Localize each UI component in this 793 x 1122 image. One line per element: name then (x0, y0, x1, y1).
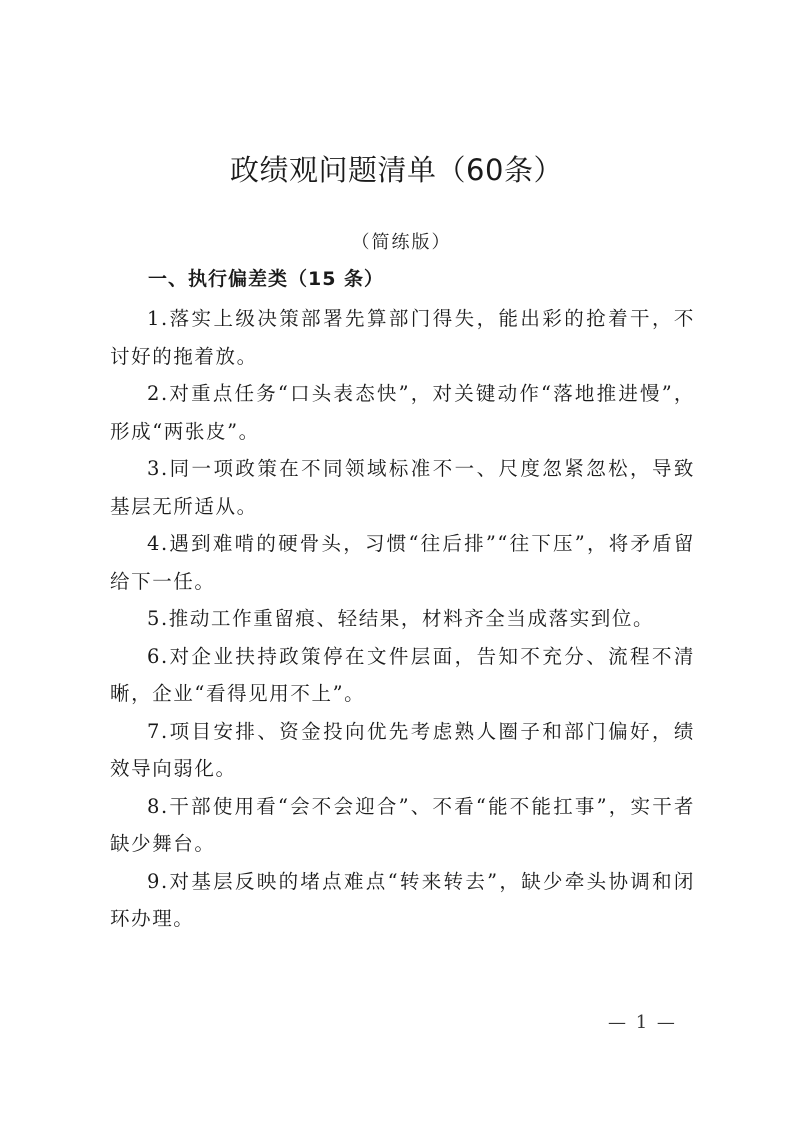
list-item: 3.同一项政策在不同领域标准不一、尺度忽紧忽松，导致基层无所适从。 (110, 450, 695, 525)
list-item: 9.对基层反映的堵点难点“转来转去”，缺少牵头协调和闭环办理。 (110, 863, 695, 938)
list-item: 7.项目安排、资金投向优先考虑熟人圈子和部门偏好，绩效导向弱化。 (110, 713, 695, 788)
section-item-list: 1.落实上级决策部署先算部门得失，能出彩的抢着干，不讨好的拖着放。 2.对重点任… (110, 300, 695, 938)
section-heading: 一、执行偏差类（15 条） (148, 264, 384, 291)
list-item: 5.推动工作重留痕、轻结果，材料齐全当成落实到位。 (110, 600, 695, 638)
document-subtitle: （简练版） (0, 228, 793, 254)
list-item: 1.落实上级决策部署先算部门得失，能出彩的抢着干，不讨好的拖着放。 (110, 300, 695, 375)
list-item: 8.干部使用看“会不会迎合”、不看“能不能扛事”，实干者缺少舞台。 (110, 788, 695, 863)
list-item: 6.对企业扶持政策停在文件层面，告知不充分、流程不清晰，企业“看得见用不上”。 (110, 638, 695, 713)
list-item: 4.遇到难啃的硬骨头，习惯“往后排”“往下压”，将矛盾留给下一任。 (110, 525, 695, 600)
document-page: 政绩观问题清单（60条） （简练版） 一、执行偏差类（15 条） 1.落实上级决… (0, 0, 793, 1122)
page-number: — 1 — (608, 1012, 677, 1033)
document-title: 政绩观问题清单（60条） (0, 148, 793, 189)
list-item: 2.对重点任务“口头表态快”，对关键动作“落地推进慢”，形成“两张皮”。 (110, 375, 695, 450)
